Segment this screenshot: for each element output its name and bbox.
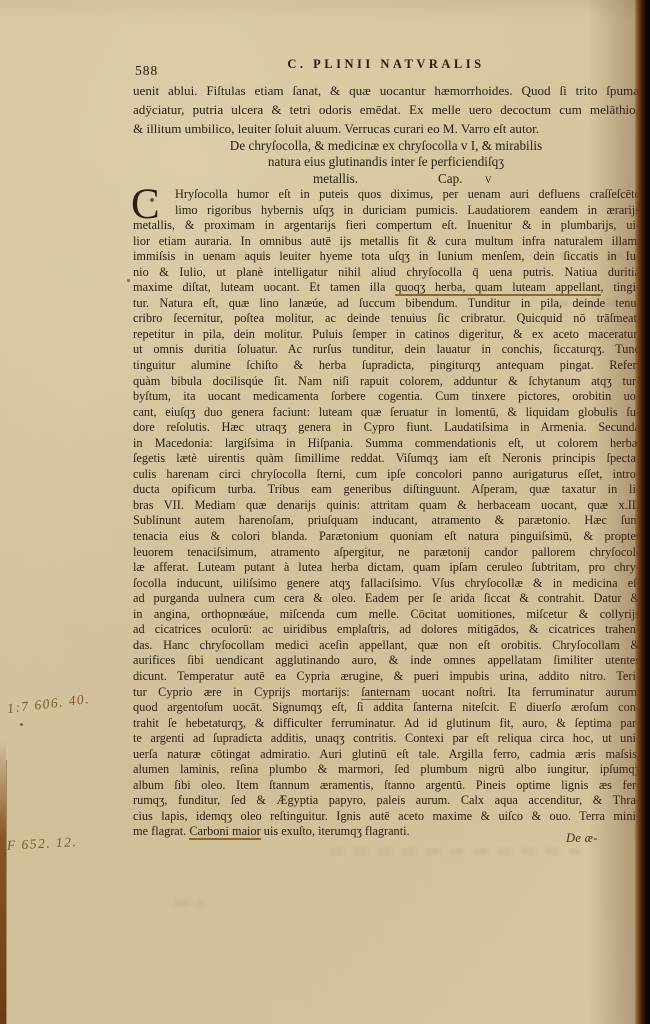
body-text-line: in angina, orthopnœáue, miſcenda cum mel… [133, 607, 640, 623]
body-text-line: te argenti ad ſupradicta additis, unaqʒ … [133, 731, 640, 747]
body-text-line: tur. Natura eſt, quæ lino lanæúe, ad ſuc… [133, 296, 640, 312]
previous-chapter-line: uenit ablui. Fiſtulas etiam ſanat, & quæ… [133, 81, 639, 100]
body-text-line: bras VII. Mediam quæ denarijs quinis: at… [133, 498, 640, 514]
body-text-line: in Macedonia: largiſsima in Hiſpania. Su… [133, 436, 640, 452]
body-text-line: ad cicatrices oculorū: ac uiridibus empl… [133, 622, 640, 638]
chapter-heading: De chryſocolla, & medicinæ ex chryſocoll… [133, 138, 639, 187]
body-text-line: tur Cyprio ære in Cyprijs mortarijs: ſan… [133, 685, 640, 701]
body-text-line: repetitur in pila, dein molitur. Puluis … [133, 327, 640, 343]
catchword: De æ- [566, 831, 598, 846]
previous-chapter-end: uenit ablui. Fiſtulas etiam ſanat, & quæ… [133, 81, 639, 139]
chapter-heading-line-2: natura eius glutinandis inter ſe perfici… [133, 154, 639, 170]
body-text-line: metallis, & proximam in argentarijs fier… [133, 218, 640, 234]
body-text-line: maxime diſtat, luteam uocant. Et tamen i… [133, 280, 640, 296]
body-text-line: cribro ſecernitur, poſtea molitur, ac de… [133, 311, 640, 327]
body-text-line: dicunt. Temperatur autē ea Cypria ærugin… [133, 669, 640, 685]
handwritten-marginal-note-upper: 1:7 606. 40. [6, 691, 91, 717]
body-text-line: aurifices ſibi uendicant agglutinando au… [133, 653, 640, 669]
ink-speck [150, 198, 154, 202]
ink-speck [20, 723, 23, 726]
body-text-line: me flagrat. Carboni maior uis exuſto, it… [133, 824, 640, 840]
ink-speck [127, 279, 130, 282]
body-text-line: ad purganda uulnera cum cera & oleo. Ead… [133, 591, 640, 607]
body-text-line: cius lapis, idemqʒ oleo reſtinguitur. Ig… [133, 809, 640, 825]
body-text-line: quàm bibula docilisqúe ſit. Nam niſi rap… [133, 374, 640, 390]
body-text-line: ducta opificum turba. Tribus eam generib… [133, 482, 640, 498]
body-text-line: tenacia eius & colori blanda. Parætonium… [133, 529, 640, 545]
body-text-line: alumen laminis, reſina plumbo & marmori,… [133, 762, 640, 778]
body-text-line: das. Hanc chryſocollam medici aceſin app… [133, 638, 640, 654]
body-text-line: quod argentoſum uocāt. Signumqʒ eſt, ſi … [133, 700, 640, 716]
body-text-line: limo rigoribus hybernis uſqʒ in duriciam… [133, 203, 640, 219]
book-page: 588 C. PLINII NATVRALIS uenit ablui. Fiſ… [0, 0, 650, 1024]
body-text-line: ut omnis duritia ſoluatur. Ac rurſus tun… [133, 342, 640, 358]
body-text-line: byſtum, ita uocant medicamenta ſorbere c… [133, 389, 640, 405]
handwritten-marginal-note-lower: .F 652. 12. [2, 834, 78, 854]
body-text-line: culis harenam circi chryſocolla ſterni, … [133, 467, 640, 483]
body-text-line: ſegetis lætè uirentis quàm ſimillime red… [133, 451, 640, 467]
body-text-line: dore reſolutis. Hæc utraqʒ genera in Cyp… [133, 420, 640, 436]
ink-underlined-phrase: Carboni maior [189, 824, 260, 840]
body-text-line: rumqʒ, funditur, ſed & Ægyptia papyro, p… [133, 793, 640, 809]
chapter-number: v [485, 171, 492, 187]
running-header: C. PLINII NATVRALIS [133, 57, 639, 72]
chapter-heading-line-3: metallis. Cap. v [133, 171, 639, 187]
body-text-line: uerſa naturæ cōtingat admiratio. Auri gl… [133, 747, 640, 763]
body-text-line: album ſibi oleo. Item ſtannum æramentis,… [133, 778, 640, 794]
chapter-heading-line-1: De chryſocolla, & medicinæ ex chryſocoll… [133, 138, 639, 154]
drop-cap-initial: C [131, 189, 160, 220]
verso-show-through [330, 848, 580, 855]
previous-chapter-line: & illitum umbilico, leuiter ſoluit aluum… [133, 119, 639, 138]
page-edge-right [635, 0, 650, 1024]
body-text-line: nio & Iulio, ut planè intelligatur nihil… [133, 265, 640, 281]
ink-underlined-phrase: ſanternam [361, 685, 410, 701]
body-text-line: læ afferat. Luteam putant à lutea herba … [133, 560, 640, 576]
body-text-line: immiſsis in uenam aquis leuiter hyeme to… [133, 249, 640, 265]
chapter-heading-word: metallis. [313, 171, 358, 187]
verso-show-through [175, 900, 203, 906]
body-text-line: cant, eiuſqʒ duo genera faciunt: luteam … [133, 405, 640, 421]
body-text-line: Hryſocolla humor eſt in puteis quos dixi… [133, 187, 640, 203]
body-text-line: Sublinunt autem harenoſam, priuſquam ind… [133, 513, 640, 529]
body-text-line: ſocolla inducunt, uiliſsimo genere atqʒ … [133, 576, 640, 592]
body-lines: Hryſocolla humor eſt in puteis quos dixi… [133, 187, 640, 840]
body-text-line: trahit ſe hebetaturqʒ, & difficulter fer… [133, 716, 640, 732]
body-text-line: lior etiam auraria. In omnibus autē ijs … [133, 234, 640, 250]
chapter-number-label: Cap. [438, 171, 463, 187]
body-text-line: leuorem tenaciſsimum, atramento aſpergit… [133, 545, 640, 561]
chapter-body: C Hryſocolla humor eſt in puteis quos di… [133, 187, 640, 840]
ink-underlined-phrase: quoqʒ herba, quam luteam appellant [395, 280, 600, 296]
body-text-line: tinguitur alumine ſchiſto & herba ſuprad… [133, 358, 640, 374]
page-edge-left-line [6, 760, 7, 1024]
previous-chapter-line: adÿciatur, putria ulcera & tetri odoris … [133, 100, 639, 119]
page-header: 588 C. PLINII NATVRALIS [133, 57, 639, 79]
